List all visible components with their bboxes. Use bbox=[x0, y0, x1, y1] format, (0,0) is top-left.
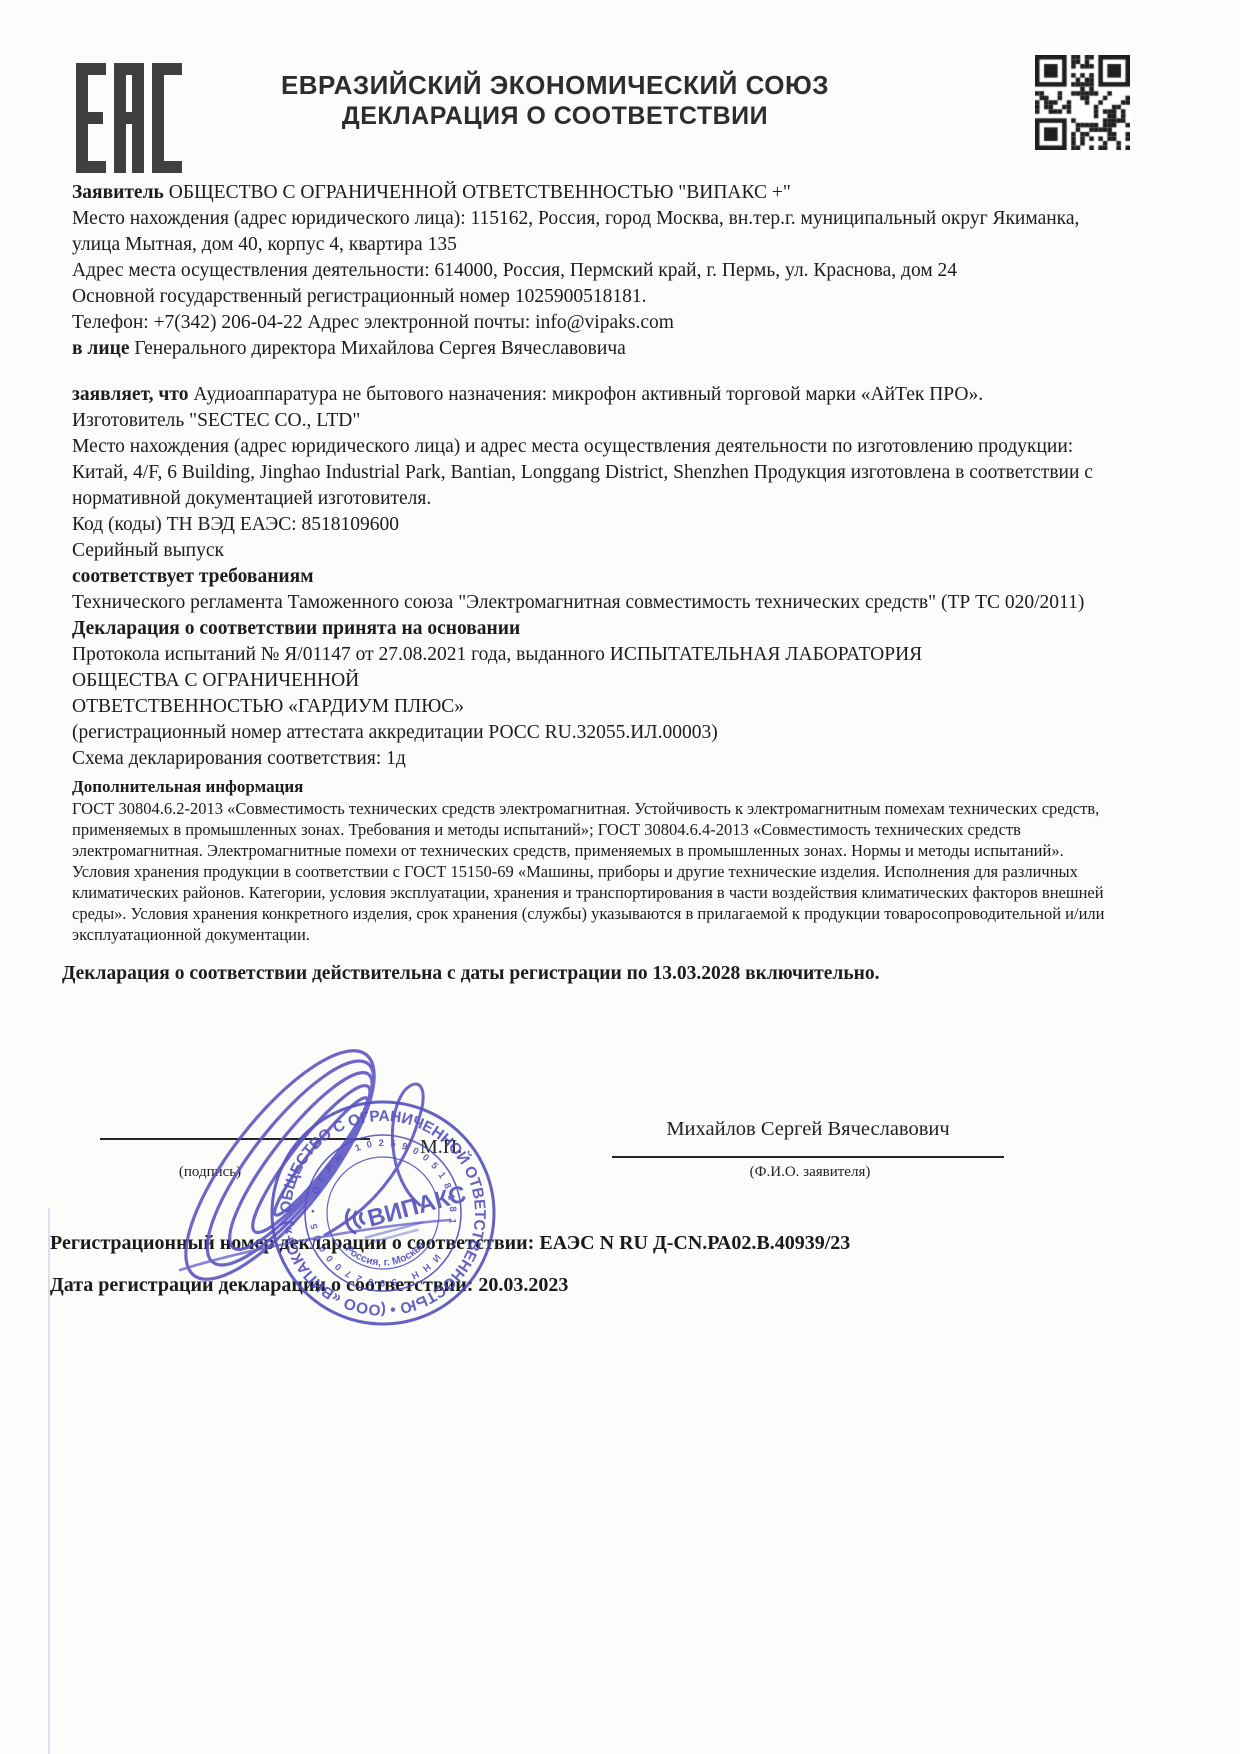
applicant-ogrn: Основной государственный регистрационный… bbox=[72, 284, 1118, 310]
manufacturer-address: Место нахождения (адрес юридического лиц… bbox=[72, 434, 1118, 512]
qr-code bbox=[1035, 55, 1130, 150]
scheme-line: Схема декларирования соответствия: 1д bbox=[72, 746, 1118, 772]
applicant-legal-address: Место нахождения (адрес юридического лиц… bbox=[72, 206, 1118, 258]
applicant-contacts: Телефон: +7(342) 206-04-22 Адрес электро… bbox=[72, 310, 1118, 336]
title-declaration: ДЕКЛАРАЦИЯ О СООТВЕТСТВИИ bbox=[230, 101, 880, 132]
basis-line-3: ОТВЕТСТВЕННОСТЬЮ «ГАРДИУМ ПЛЮС» bbox=[72, 694, 1118, 720]
applicant-name: ОБЩЕСТВО С ОГРАНИЧЕННОЙ ОТВЕТСТВЕННОСТЬЮ… bbox=[164, 182, 791, 203]
title-union: ЕВРАЗИЙСКИЙ ЭКОНОМИЧЕСКИЙ СОЮЗ bbox=[230, 70, 880, 101]
fio-line bbox=[612, 1156, 1004, 1158]
basis-heading: Декларация о соответствии принята на осн… bbox=[72, 616, 1118, 642]
release-type: Серийный выпуск bbox=[72, 538, 1118, 564]
basis-line-2: ОБЩЕСТВА С ОГРАНИЧЕННОЙ bbox=[72, 668, 1118, 694]
handwritten-signature bbox=[120, 1020, 600, 1320]
declares-line: заявляет, что Аудиоаппаратура не бытовог… bbox=[72, 382, 1118, 408]
applicant-activity-address: Адрес места осуществления деятельности: … bbox=[72, 258, 1118, 284]
applicant-fio: Михайлов Сергей Вячеславович bbox=[612, 1118, 1004, 1141]
manufacturer-line: Изготовитель "SECTEC CO., LTD" bbox=[72, 408, 1118, 434]
additional-info-heading: Дополнительная информация bbox=[72, 775, 1118, 798]
basis-line-1: Протокола испытаний № Я/01147 от 27.08.2… bbox=[72, 642, 1118, 668]
eac-logo-icon bbox=[76, 62, 182, 174]
fio-caption: (Ф.И.О. заявителя) bbox=[660, 1164, 960, 1181]
in-person-label: в лице bbox=[72, 338, 129, 359]
validity-line: Декларация о соответствии действительна … bbox=[62, 961, 1118, 987]
declaration-document: ЕВРАЗИЙСКИЙ ЭКОНОМИЧЕСКИЙ СОЮЗ ДЕКЛАРАЦИ… bbox=[0, 0, 1240, 1754]
accreditation-number: (регистрационный номер аттестата аккреди… bbox=[72, 720, 1118, 746]
in-person-line: в лице Генерального директора Михайлова … bbox=[72, 336, 1118, 362]
applicant-line: Заявитель ОБЩЕСТВО С ОГРАНИЧЕННОЙ ОТВЕТС… bbox=[72, 180, 1118, 206]
tn-ved-code: Код (коды) ТН ВЭД ЕАЭС: 8518109600 bbox=[72, 512, 1118, 538]
document-title: ЕВРАЗИЙСКИЙ ЭКОНОМИЧЕСКИЙ СОЮЗ ДЕКЛАРАЦИ… bbox=[230, 70, 880, 132]
applicant-label: Заявитель bbox=[72, 182, 164, 203]
complies-heading: соответствует требованиям bbox=[72, 564, 1118, 590]
regulation-text: Технического регламента Таможенного союз… bbox=[72, 590, 1118, 616]
additional-info-text: ГОСТ 30804.6.2-2013 «Совместимость техни… bbox=[72, 798, 1118, 945]
scan-edge-artifact bbox=[48, 1208, 50, 1754]
document-body: Заявитель ОБЩЕСТВО С ОГРАНИЧЕННОЙ ОТВЕТС… bbox=[72, 180, 1118, 987]
declares-label: заявляет, что bbox=[72, 384, 189, 405]
in-person-text: Генерального директора Михайлова Сергея … bbox=[129, 338, 625, 359]
product-text: Аудиоаппаратура не бытового назначения: … bbox=[189, 384, 984, 405]
